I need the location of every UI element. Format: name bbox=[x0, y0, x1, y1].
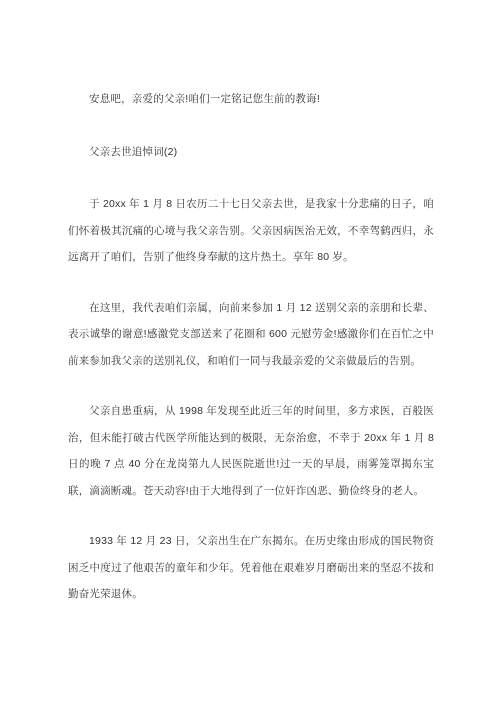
paragraph-4: 1933 年 12 月 23 日，父亲出生在广东揭东。在历史缘由形成的国民物资困… bbox=[68, 528, 434, 608]
paragraph-1: 于 20xx 年 1 月 8 日农历二十七日父亲去世，是我家十分悲痛的日子，咱们… bbox=[68, 191, 434, 271]
eulogy-closing-line: 安息吧，亲爱的父亲!咱们一定铭记您生前的教诲! bbox=[68, 86, 434, 113]
section-title: 父亲去世追悼词(2) bbox=[68, 139, 434, 166]
paragraph-2: 在这里，我代表咱们亲属，向前来参加 1 月 12 送别父亲的亲朋和长辈、表示诚挚… bbox=[68, 295, 434, 375]
paragraph-3: 父亲自患重病，从 1998 年发现至此近三年的时间里，多方求医，百般医治，但未能… bbox=[68, 398, 434, 504]
document-page: 安息吧，亲爱的父亲!咱们一定铭记您生前的教诲! 父亲去世追悼词(2) 于 20x… bbox=[0, 0, 500, 707]
